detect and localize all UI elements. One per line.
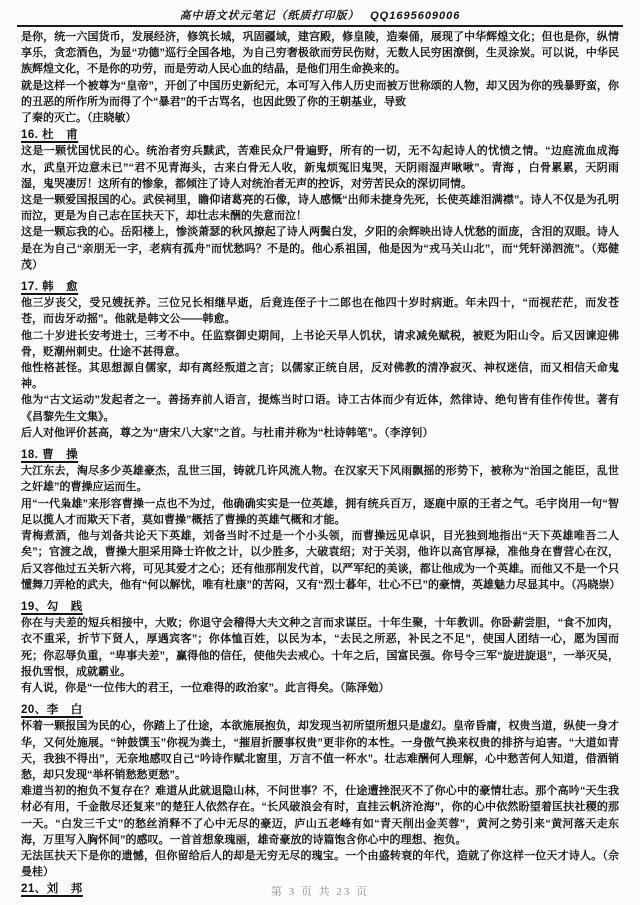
section-18-paragraph: 青梅煮酒，他与刘备共论天下英雄，刘备当时不过是一个小头领，而曹操远见卓识，目光独… — [21, 528, 619, 593]
document-page: 高中语文状元笔记（纸质打印版） QQ1695609006 是你，统一六国货币，发… — [0, 0, 640, 905]
section-heading-20-libai: 20、李 白 — [21, 702, 619, 718]
intro-paragraph: 就是这样一个被尊为“皇帝”，开创了中国历史新纪元，本可写入伟人历史而被万世称颂的… — [21, 78, 619, 110]
section-16-paragraph: 这是一颗爱国报国的心。武侯祠里，瞻仰诸葛亮的石像，诗人感慨“出师未捷身先死，长使… — [21, 192, 619, 224]
document-body: 是你，统一六国货币，发展经济，修筑长城，巩固疆域，建宫殿，修皇陵，造秦俑，展现了… — [21, 29, 619, 898]
section-20-paragraph: 无法匡扶天下是你的遗憾，但你留给后人的却是无穷无尽的瑰宝。一个由盛转衰的年代，造… — [21, 848, 619, 880]
header-title: 高中语文状元笔记（纸质打印版） QQ1695609006 — [180, 10, 461, 22]
section-heading-16-dufu: 16. 杜 甫 — [21, 127, 619, 143]
intro-paragraph: 了秦的灭亡。（庄晓敏） — [21, 110, 619, 126]
section-16-paragraph: 这是一颗忘我的心。岳阳楼上，惨淡萧瑟的秋风撩起了诗人两鬓白发，夕阳的余辉映出诗人… — [21, 224, 619, 273]
section-17-paragraph: 他三岁丧父，受兄嫂抚养。三位兄长相继早逝，后竟连侄子十二郎也在他四十岁时病逝。年… — [21, 295, 619, 327]
section-20-paragraph: 难道当初的抱负不复存在？难道从此就退隐山林，不问世事？不，仕途遭挫泯灭不了你心中… — [21, 783, 619, 848]
section-19-paragraph: 有人说，你是“一位伟大的君王，一位难得的政治家”。此言得矣。（陈泽勉） — [21, 680, 619, 696]
section-17-paragraph: 他性格甚怪。其思想源自儒家，却有离经叛道之言；以儒家正统自居，反对佛教的清净寂灭… — [21, 360, 619, 392]
page-header: 高中语文状元笔记（纸质打印版） QQ1695609006 — [21, 5, 619, 23]
intro-paragraph: 是你，统一六国货币，发展经济，修筑长城，巩固疆域，建宫殿，修皇陵，造秦俑，展现了… — [21, 29, 619, 78]
page-footer: 第 3 页 共 23 页 — [0, 883, 640, 899]
section-20-paragraph: 怀着一颗报国为民的心，你踏上了仕途，本欲施展抱负，却发现当初所望所想只是虚幻。皇… — [21, 718, 619, 783]
section-17-paragraph: 他为“古文运动”发起者之一。善扬弃前人语言，提炼当时口语。诗工古体而少有近体，然… — [21, 392, 619, 424]
section-16-paragraph: 这是一颗忧国忧民的心。统治者穷兵黩武，苦难民众尸骨遍野，所有的一切，无不勾起诗人… — [21, 143, 619, 192]
section-19-paragraph: 你在与夫差的短兵相接中，大败；你退守会稽得大夫文种之言而求谋臣。十年生聚，十年教… — [21, 615, 619, 680]
header-divider — [17, 25, 623, 27]
section-17-paragraph: 他二十岁进长安考进士，三考不中。任监察御史期间，上书论天旱人饥状，请求减免赋税，… — [21, 328, 619, 360]
section-17-paragraph: 后人对他评价甚高，尊之为“唐宋八大家”之首。与杜甫并称为“杜诗韩笔”。（李淳钊） — [21, 425, 619, 441]
section-heading-18-caocao: 18. 曹 操 — [21, 447, 619, 463]
section-18-paragraph: 用“一代枭雄”来形容曹操一点也不为过，他确确实实是一位英雄，拥有统兵百万，逐鹿中… — [21, 496, 619, 528]
section-heading-17-hanyu: 17. 韩 愈 — [21, 279, 619, 295]
section-heading-19-goujian: 19、勾 践 — [21, 599, 619, 615]
section-18-paragraph: 大江东去，淘尽多少英雄豪杰，乱世三国，铸就几许风流人物。在汉家天下风雨飘摇的形势… — [21, 463, 619, 495]
page-number: 第 3 页 共 23 页 — [271, 886, 369, 898]
